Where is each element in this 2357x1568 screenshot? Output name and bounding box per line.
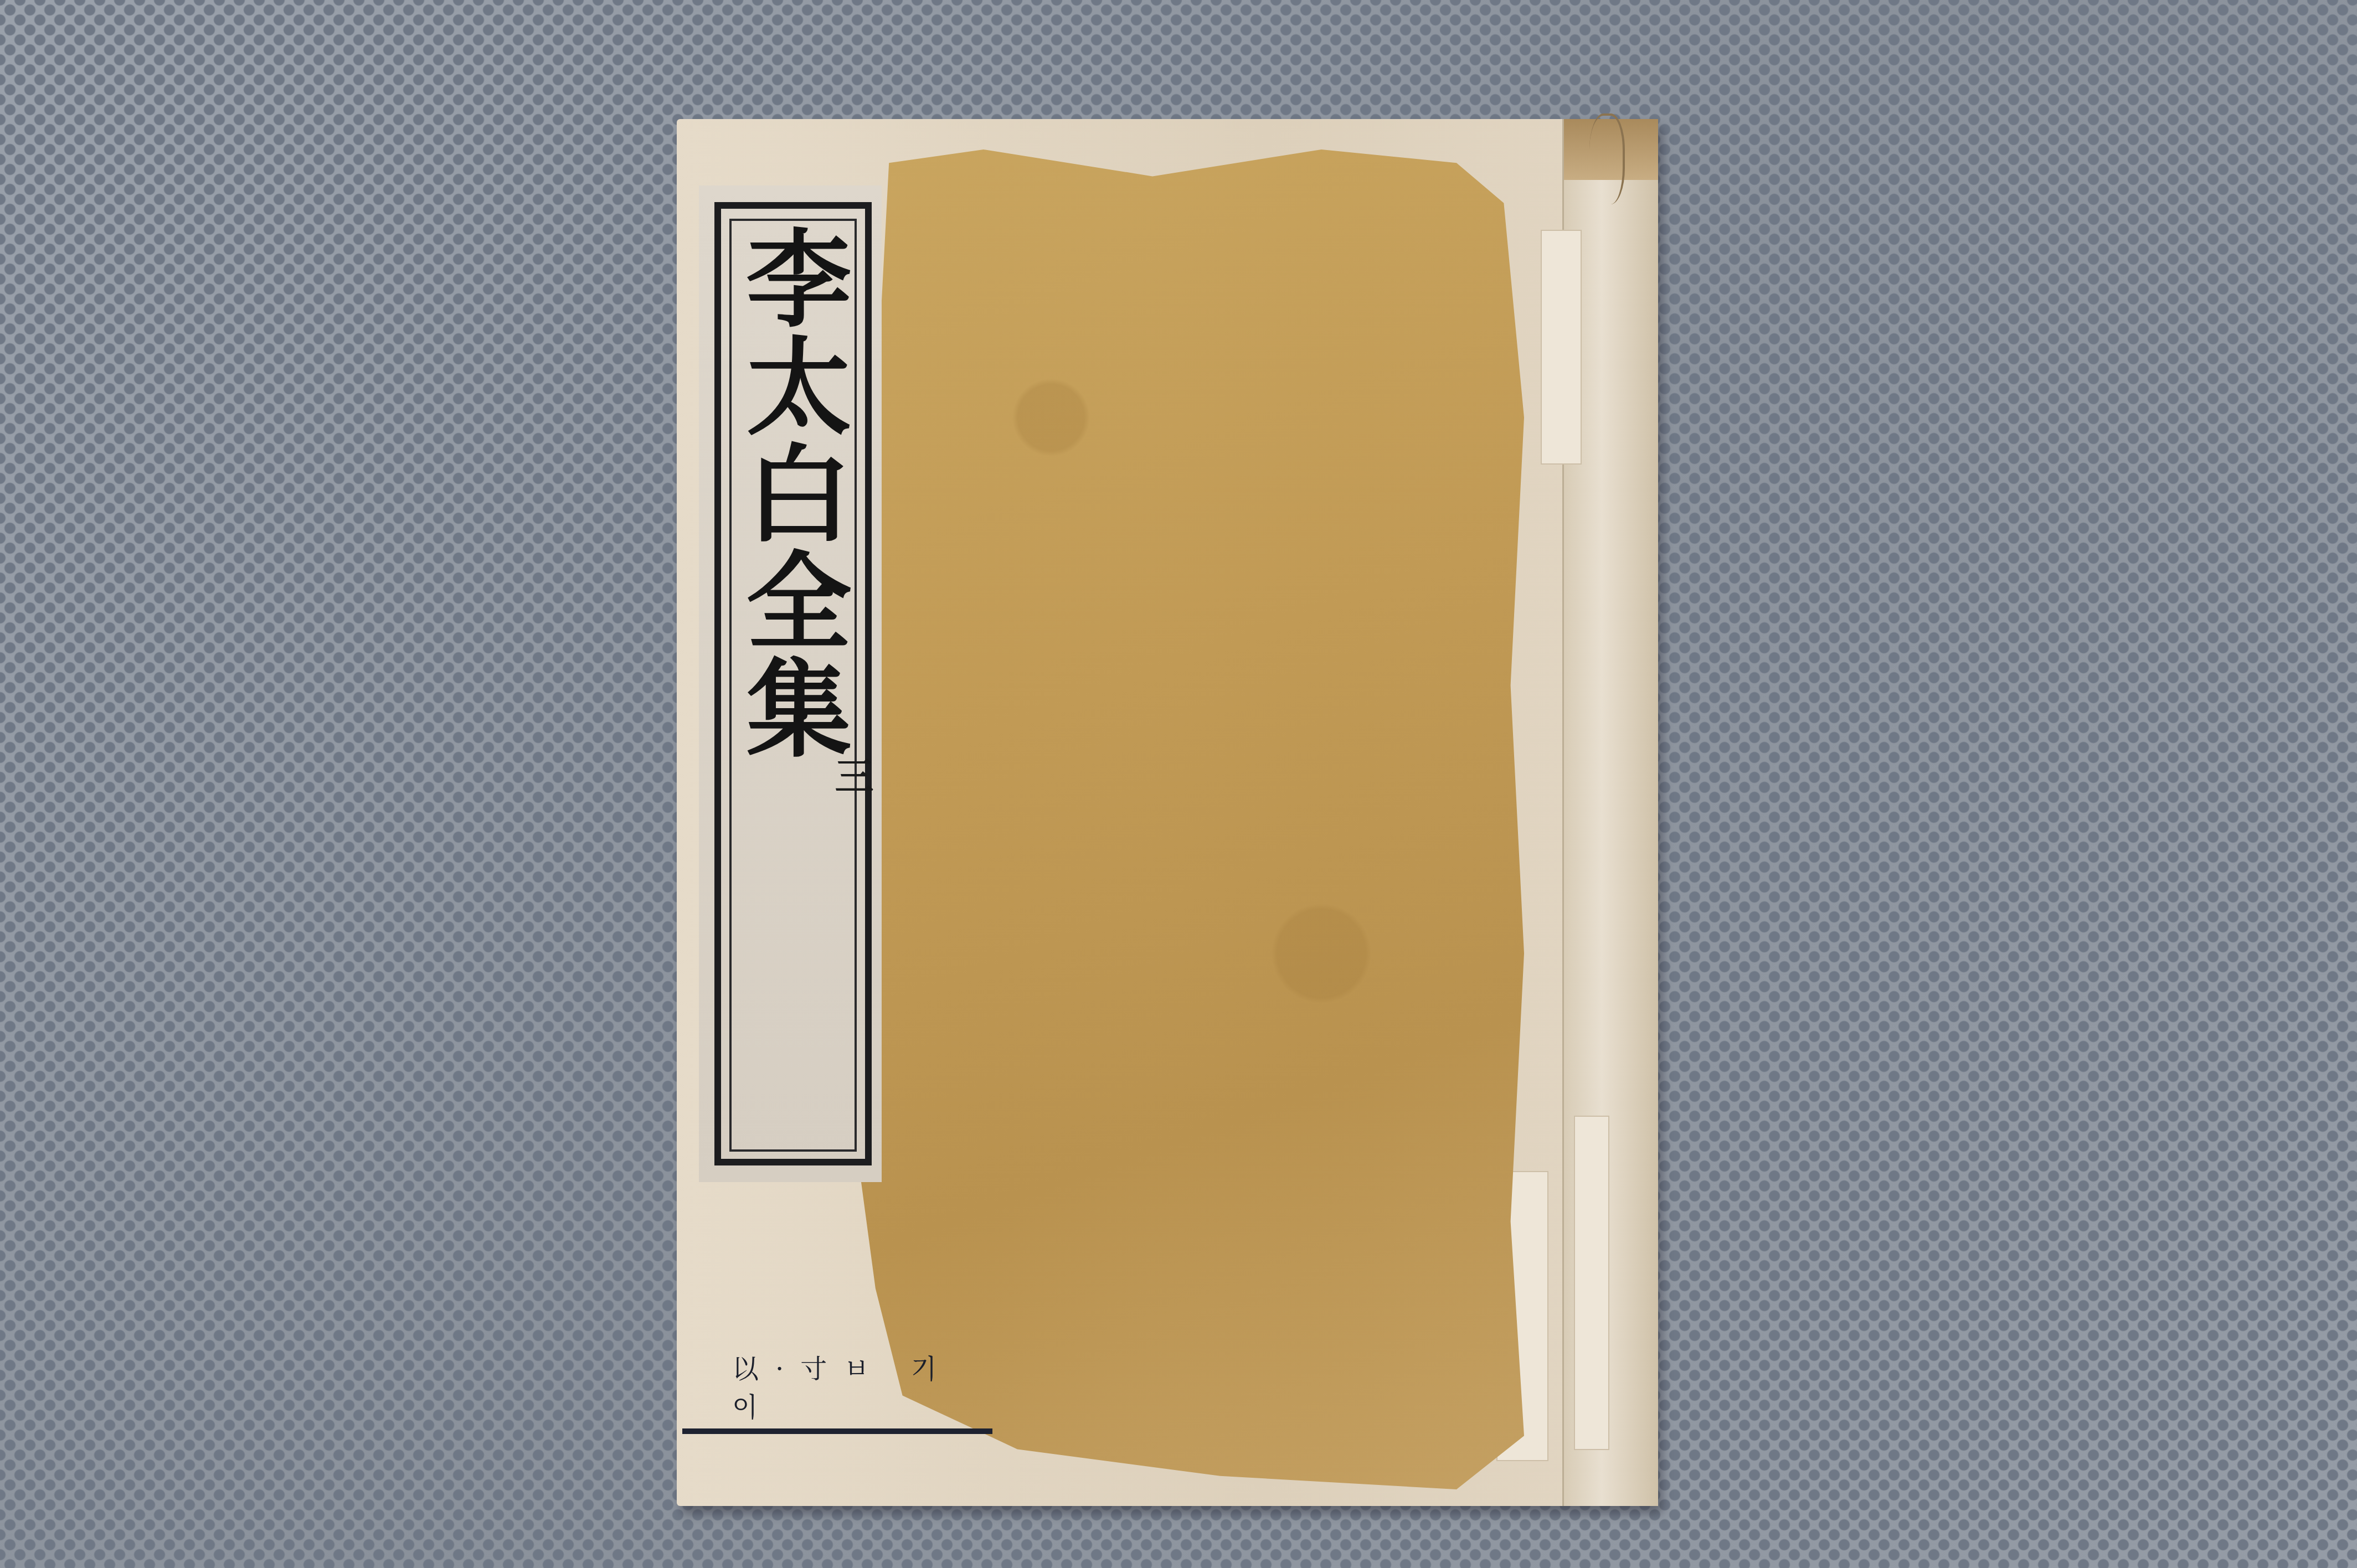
bottom-text-fragment: 以·寸ㅂ 기이 xyxy=(732,1348,992,1424)
volume-number: 三 xyxy=(824,756,879,795)
title-slip: 李太白全集 三 xyxy=(699,185,882,1182)
binding-thread xyxy=(1589,114,1625,204)
bottom-label-strip: 以·寸ㅂ 기이 xyxy=(682,1395,992,1440)
book-title: 李太白全集 xyxy=(738,224,843,761)
bottom-rule-line xyxy=(682,1428,992,1434)
torn-paper-fragment xyxy=(1574,1116,1609,1450)
book-cover xyxy=(848,149,1524,1489)
antique-book: 李太白全集 三 以·寸ㅂ 기이 xyxy=(677,119,1658,1506)
torn-paper-fragment xyxy=(1541,230,1582,465)
